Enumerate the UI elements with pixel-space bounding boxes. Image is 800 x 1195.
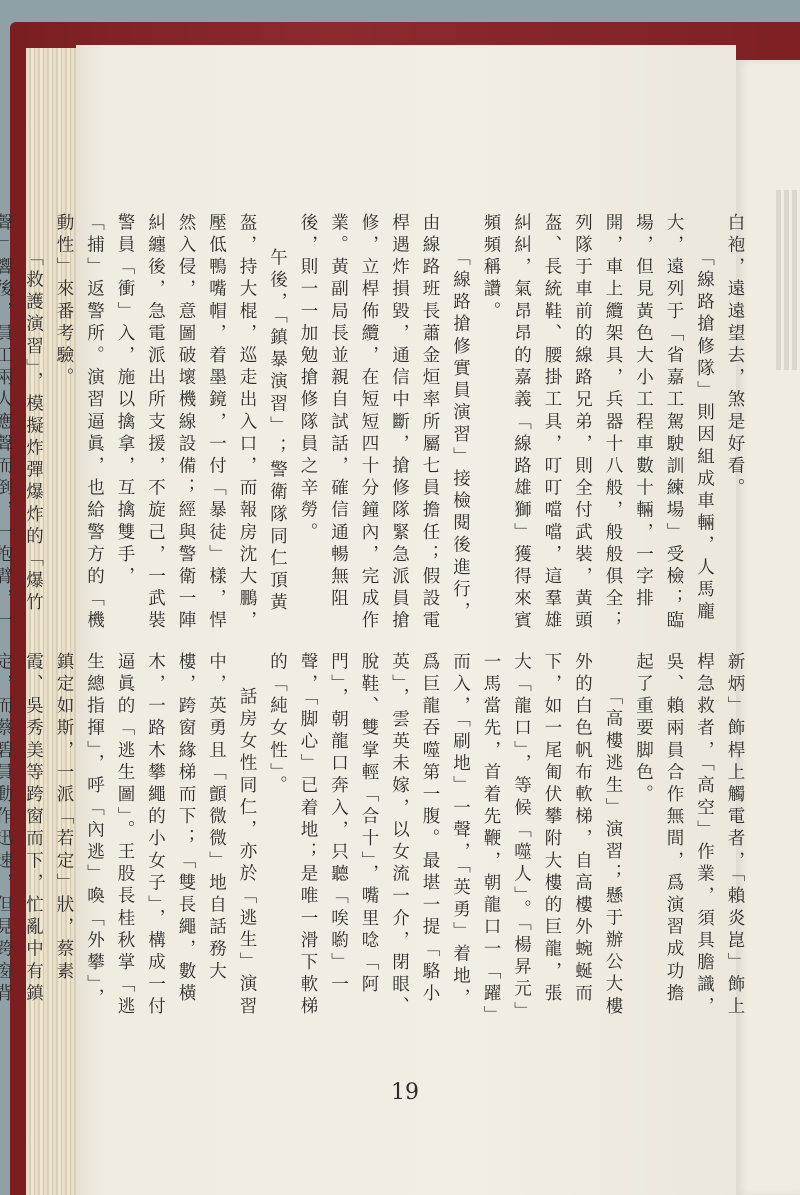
paragraph: 「高樓逃生」演習；懸于辦公大樓外的白色帆布軟梯，自高樓外蜿蜒而下，如一尾匍伏攀附… (262, 652, 628, 1024)
paragraph: 「線路搶修隊」則因組成車輛，人馬龐大，遠列于「省嘉工駕駛訓練場」受檢；臨場，但見… (476, 213, 720, 633)
paragraph: 新炳」飾桿上觸電者，「賴炎崑」飾上桿急救者，「高空」作業，須具膽識，吳、賴兩員合… (628, 652, 750, 1024)
paragraph: 「線路搶修實員演習」接檢閱後進行，由線路班長蕭金烜率所屬七員擔任；假設電桿遇炸損… (293, 213, 476, 633)
bleed-through-text (776, 190, 798, 370)
paragraph: 午後，「鎮暴演習」；警衛隊同仁頂黃盔，持大棍，巡走出入口，而報房沈大鵬，壓低鴨嘴… (49, 213, 293, 633)
paragraph: 「救護演習」，模擬炸彈爆炸的「爆竹聲」響後，員工兩人應聲而倒，一抱臂，一折腿；救… (0, 213, 49, 633)
lower-text-block: 新炳」飾桿上觸電者，「賴炎崑」飾上桿急救者，「高空」作業，須具膽識，吳、賴兩員合… (0, 652, 750, 1024)
page-number: 19 (385, 1080, 425, 1105)
paragraph: 白袍，遠遠望去，煞是好看。 (720, 213, 751, 633)
paragraph: 話房女性同仁，亦於「逃生」演習中，英勇且「顫微微」地自話務大樓，跨窗緣梯而下；「… (0, 652, 262, 1024)
upper-text-block: 白袍，遠遠望去，煞是好看。 「線路搶修隊」則因組成車輛，人馬龐大，遠列于「省嘉工… (0, 213, 750, 633)
